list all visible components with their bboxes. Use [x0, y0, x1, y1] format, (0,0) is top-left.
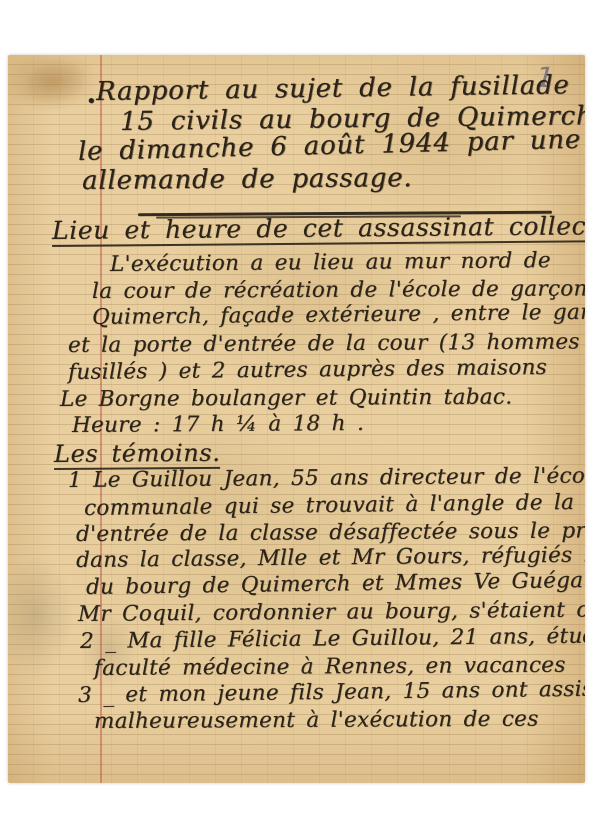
- witness-line: d'entrée de la classe désaffectée sous l…: [76, 520, 585, 545]
- stamp-smudge-mark: [20, 55, 89, 109]
- scanned-notebook-page: 1 • Rapport au sujet de la fusillade de …: [8, 55, 585, 783]
- witness-line: dans la classe, Mlle et Mr Gours, réfugi…: [76, 544, 585, 572]
- location-time-line: Heure : 17 h ¼ à 18 h .: [72, 413, 364, 437]
- witness-line: 1 Le Guillou Jean, 55 ans directeur de l…: [68, 465, 585, 491]
- section-heading-witnesses: Les témoins.: [54, 441, 221, 470]
- location-line: Quimerch, façade extérieure , entre le g…: [92, 301, 585, 328]
- witness-line: communale qui se trouvait à l'angle de l…: [84, 491, 585, 519]
- witness-line: malheureusement à l'exécution de ces: [94, 709, 539, 733]
- witness-line: 2 _ Ma fille Félicia Le Guillou, 21 ans,…: [80, 625, 585, 652]
- location-line: la cour de récréation de l'école de garç…: [92, 278, 585, 302]
- location-line: fusillés ) et 2 autres auprès des maison…: [68, 357, 547, 384]
- title-line-1: Rapport au sujet de la fusillade de: [96, 72, 585, 105]
- location-line: Le Borgne boulanger et Quintin tabac.: [60, 387, 512, 411]
- witness-line: du bourg de Quimerch et Mmes Ve Guégan d…: [86, 568, 585, 598]
- location-line: et la porte d'entrée de la cour (13 homm…: [68, 331, 580, 356]
- witness-line: faculté médecine à Rennes, en vacances: [94, 655, 566, 680]
- title-line-4: allemande de passage.: [82, 165, 413, 194]
- witness-line: Mr Coquil, cordonnier au bourg, s'étaien…: [78, 599, 585, 626]
- witness-line: 3 _ et mon jeune fils Jean, 15 ans ont a…: [78, 678, 585, 706]
- location-line: L'exécution a eu lieu au mur nord de: [110, 250, 551, 275]
- section-heading-location: Lieu et heure de cet assassinat collecti…: [52, 213, 585, 247]
- title-bullet-dot: •: [86, 93, 97, 111]
